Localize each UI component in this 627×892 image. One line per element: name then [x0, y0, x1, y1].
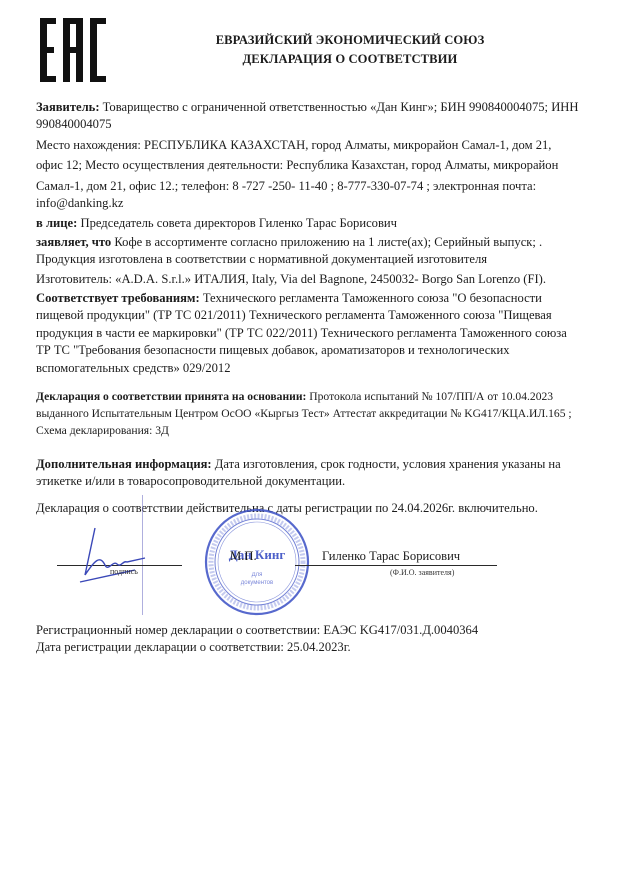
name-caption: (Ф.И.О. заявителя): [390, 568, 454, 577]
additional-label: Дополнительная информация:: [36, 457, 212, 471]
signature-icon: [75, 520, 155, 590]
requirements-line: продукция в части ее маркировки" (ТР ТС …: [36, 325, 596, 342]
basis-label: Декларация о соответствии принята на осн…: [36, 390, 306, 403]
basis-protocol: Протокола испытаний № 107/ПП/А от 10.04.…: [309, 390, 553, 403]
requirements-line: Технического регламента Таможенного союз…: [203, 291, 542, 305]
applicant-label: Заявитель:: [36, 100, 100, 114]
document-header: ЕВРАЗИЙСКИЙ ЭКОНОМИЧЕСКИЙ СОЮЗ ДЕКЛАРАЦИ…: [200, 31, 500, 69]
applicant-text: Товарищество с ограниченной ответственно…: [103, 100, 579, 114]
applicant-email: info@danking.kz: [36, 195, 596, 212]
additional-text-2: этикетке и/или в товаросопроводительной …: [36, 473, 596, 490]
applicant-inn: 990840004075: [36, 116, 596, 133]
applicant-address-2: офис 12; Место осуществления деятельност…: [36, 157, 596, 174]
company-stamp-icon: Дан Кинг Для документов: [203, 507, 311, 617]
name-line: [295, 565, 497, 566]
representative-label: в лице:: [36, 216, 77, 230]
basis-scheme: Схема декларирования: 3Д: [36, 422, 596, 439]
requirements-label: Соответствует требованиям:: [36, 291, 200, 305]
additional-text: Дата изготовления, срок годности, услови…: [215, 457, 561, 471]
union-title: ЕВРАЗИЙСКИЙ ЭКОНОМИЧЕСКИЙ СОЮЗ: [200, 31, 500, 50]
declares-label: заявляет, что: [36, 235, 111, 249]
applicant-contacts: Самал-1, дом 21, офис 12.; телефон: 8 -7…: [36, 178, 596, 195]
basis-lab: выданного Испытательным Центром ОсОО «Кы…: [36, 405, 596, 422]
additional-section: Дополнительная информация: Дата изготовл…: [36, 456, 596, 517]
requirements-section: Соответствует требованиям: Технического …: [36, 290, 596, 377]
registration-section: Регистрационный номер декларации о соотв…: [36, 622, 596, 657]
signature-caption: подпись: [110, 567, 138, 576]
declaration-title: ДЕКЛАРАЦИЯ О СООТВЕТСТВИИ: [200, 50, 500, 69]
production-note: Продукция изготовлена в соответствии с н…: [36, 251, 596, 268]
declares-text: Кофе в ассортименте согласно приложению …: [114, 235, 542, 249]
requirements-line: пищевой продукции" (ТР ТС 021/2011) Техн…: [36, 307, 596, 324]
basis-section: Декларация о соответствии принята на осн…: [36, 388, 596, 439]
eac-mark-icon: [40, 18, 106, 82]
manufacturer: Изготовитель: «A.D.A. S.r.l.» ИТАЛИЯ, It…: [36, 271, 596, 288]
validity-statement: Декларация о соответствии действительна …: [36, 500, 596, 517]
svg-text:Для: Для: [252, 572, 263, 578]
applicant-section: Заявитель: Товарищество с ограниченной о…: [36, 99, 596, 288]
representative-text: Председатель совета директоров Гиленко Т…: [80, 216, 397, 230]
registration-date: Дата регистрации декларации о соответств…: [36, 639, 596, 656]
requirements-line: ТР ТС "Требования безопасности пищевых д…: [36, 342, 596, 359]
seal-placeholder: М.П.: [230, 549, 257, 564]
registration-number: Регистрационный номер декларации о соотв…: [36, 622, 596, 639]
applicant-address-1: Место нахождения: РЕСПУБЛИКА КАЗАХСТАН, …: [36, 137, 596, 154]
requirements-line: вспомогательных средств» 029/2012: [36, 360, 596, 377]
signatory-name: Гиленко Тарас Борисович: [322, 549, 460, 564]
svg-text:документов: документов: [241, 580, 273, 586]
